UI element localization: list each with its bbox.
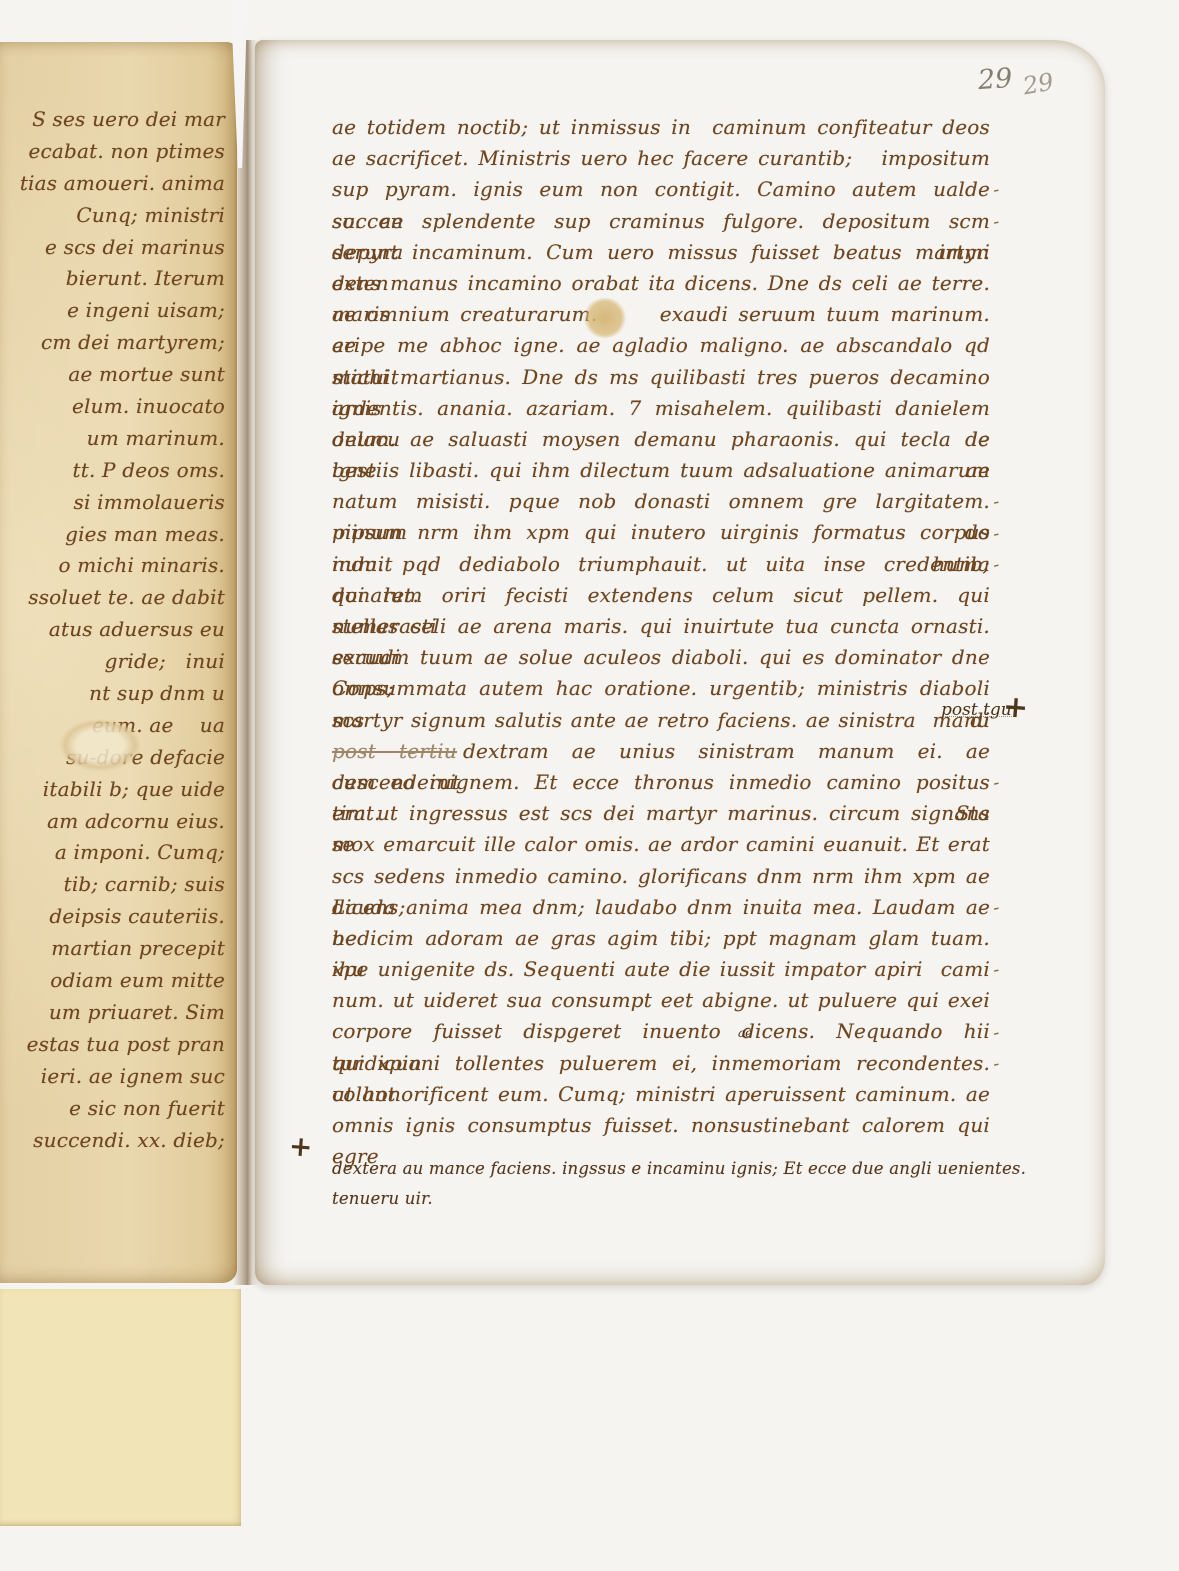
text-line: natum misisti. pque nob donasti omnem gr…: [332, 486, 990, 517]
text-line: tenueru uir.: [332, 1184, 1042, 1214]
text-line: a imponi. Cumq;: [0, 837, 225, 869]
struck-text: post tertiu: [332, 739, 457, 763]
line-end-hyphen: -: [991, 551, 1015, 576]
text-line: Lauda anima mea dnm; laudabo dnm inuita …: [332, 892, 990, 923]
text-line: o michi minaris.: [0, 550, 225, 582]
text-line: tias amoueri. anima: [0, 168, 225, 200]
text-line: e sic non fuerit: [0, 1093, 225, 1125]
text-line: bestiis libasti. qui ihm dilectum tuum a…: [332, 455, 990, 486]
text-line: odiam eum mitte: [0, 965, 225, 997]
addendum-text: dextera au mance faciens. ingssus e inca…: [332, 1154, 1042, 1214]
text-line: ssoluet te. ae dabit: [0, 582, 225, 614]
text-line: cum eo inignem. Et ecce thronus inmedio …: [332, 767, 990, 798]
text-line: serunt incaminum. Cum uero missus fuisse…: [332, 237, 990, 268]
text-line: so. ae splendente sup craminus fulgore. …: [332, 206, 990, 237]
text-line: seruum tuum ae solue aculeos diaboli. qu…: [332, 642, 990, 673]
main-text-block: ae totidem noctib; ut inmissus in caminu…: [332, 112, 990, 1141]
text-line: dens manus incamino orabat ita dicens. D…: [332, 268, 990, 299]
text-line: michi martianus. Dne ds ms quilibasti tr…: [332, 362, 990, 393]
text-line: ut honorificent eum. Cumq; ministri aper…: [332, 1079, 990, 1110]
text-line: estas tua post pran: [0, 1029, 225, 1061]
text-line: dextera au mance faciens. ingssus e inca…: [332, 1154, 1042, 1184]
left-page: S ses uero dei marecabat. non ptimestias…: [0, 42, 237, 1283]
line-end-hyphen: -: [991, 208, 1015, 233]
line-end-hyphen: -: [991, 957, 1015, 982]
text-line: post tertiudextram ae unius sinistram ma…: [332, 736, 990, 767]
text-line: nt sup dnm u: [0, 678, 225, 710]
text-line: ae totidem noctib; ut inmissus in caminu…: [332, 112, 990, 143]
text-line: um priuaret. Sim: [0, 997, 225, 1029]
text-line: martyr signum salutis ante ae retro faci…: [332, 705, 990, 736]
text-line: scs sedens inmedio camino. glorificans d…: [332, 861, 990, 892]
line-end-hyphen: -: [991, 1019, 1015, 1044]
text-line: elum. inuocato: [0, 391, 225, 423]
text-line: itabili b; que uide: [0, 774, 225, 806]
line-end-hyphen: -: [991, 177, 1015, 202]
text-line: sup pyram. ignis eum non contigit. Camin…: [332, 174, 990, 205]
text-line: onum. ae saluasti moysen demanu pharaoni…: [332, 424, 990, 455]
text-line: ae sacrificet. Ministris uero hec facere…: [332, 143, 990, 174]
interlinear-insertion: ae: [738, 1026, 752, 1040]
obelus-cross-icon: +: [1002, 689, 1030, 726]
ink-stain: [583, 298, 627, 338]
text-line: tim ut ingressus est scs dei martyr mari…: [332, 798, 990, 829]
text-line: stellas celi ae arena maris. qui inuirtu…: [332, 611, 990, 642]
line-end-hyphen: -: [991, 894, 1015, 919]
text-line: cm dei martyrem;: [0, 327, 225, 359]
text-line: martian precepit: [0, 933, 225, 965]
text-line: ae mortue sunt: [0, 359, 225, 391]
text-line: si immolaueris: [0, 487, 225, 519]
text-line: tt. P deos oms.: [0, 455, 225, 487]
folio-number-duplicate: 29: [1021, 68, 1056, 101]
right-page: ae totidem noctib; ut inmissus in caminu…: [255, 40, 1105, 1285]
text-line: S ses uero dei mar: [0, 104, 225, 136]
text-line: atus aduersus eu: [0, 614, 225, 646]
wax-stain: [249, 606, 313, 672]
text-line: corpore fuisset dispgeret inuento dicens…: [332, 1016, 990, 1047]
text-line: e scs dei marinus: [0, 232, 225, 264]
addendum-cross-icon: +: [288, 1129, 314, 1164]
text-line: tur xpiani tollentes puluerem ei, inmemo…: [332, 1048, 990, 1079]
text-line: deipsis cauteriis.: [0, 901, 225, 933]
parchment-hole-stain: [58, 718, 142, 772]
text-line: nedicim adoram ae gras agim tibi; ppt ma…: [332, 923, 990, 954]
text-line: ieri. ae ignem suc: [0, 1061, 225, 1093]
text-line: mox emarcuit ille calor omis. ae ardor c…: [332, 829, 990, 860]
text-line: e ingeni uisam;: [0, 295, 225, 327]
text-line: num. pqd dediabolo triumphauit. ut uita …: [332, 549, 990, 580]
text-line: gies man meas.: [0, 519, 225, 551]
text-line: bierunt. Iterum: [0, 263, 225, 295]
text-line: ae omnium creaturarum. exaudi seruum tuu…: [332, 299, 990, 330]
text-line: num. ut uideret sua consumpt eet abigne.…: [332, 985, 990, 1016]
line-end-hyphen: -: [991, 769, 1015, 794]
manuscript-photo: S ses uero dei marecabat. non ptimestias…: [0, 0, 1179, 1571]
text-line: qui lum oriri fecisti extendens celum si…: [332, 580, 990, 611]
text-line: eripe me abhoc igne. ae agladio maligno.…: [332, 330, 990, 361]
flyleaf-sheet: [0, 1289, 241, 1526]
line-end-hyphen: -: [991, 520, 1015, 545]
text-line: ardentis. anania. azariam. 7 misahelem. …: [332, 393, 990, 424]
line-end-hyphen: -: [991, 1050, 1015, 1075]
text-line: omnis ignis consumptus fuisset. nonsusti…: [332, 1110, 990, 1141]
text-line: gride; inui: [0, 646, 225, 678]
text-line: Consummata autem hac oratione. urgentib;…: [332, 673, 990, 704]
folio-number: 29: [977, 63, 1013, 96]
text-line: minum nrm ihm xpm qui inutero uirginis f…: [332, 517, 990, 548]
text-line: am adcornu eius.: [0, 806, 225, 838]
text-line: succendi. xx. dieb;: [0, 1125, 225, 1157]
line-end-hyphen: -: [991, 489, 1015, 514]
text-line: tib; carnib; suis: [0, 869, 225, 901]
left-page-text-column: S ses uero dei marecabat. non ptimestias…: [0, 104, 225, 1156]
text-line: ecabat. non ptimes: [0, 136, 225, 168]
text-line: um marinum.: [0, 423, 225, 455]
text-line: xpe unigenite ds. Sequenti aute die iuss…: [332, 954, 990, 985]
text-line: Cunq; ministri: [0, 200, 225, 232]
